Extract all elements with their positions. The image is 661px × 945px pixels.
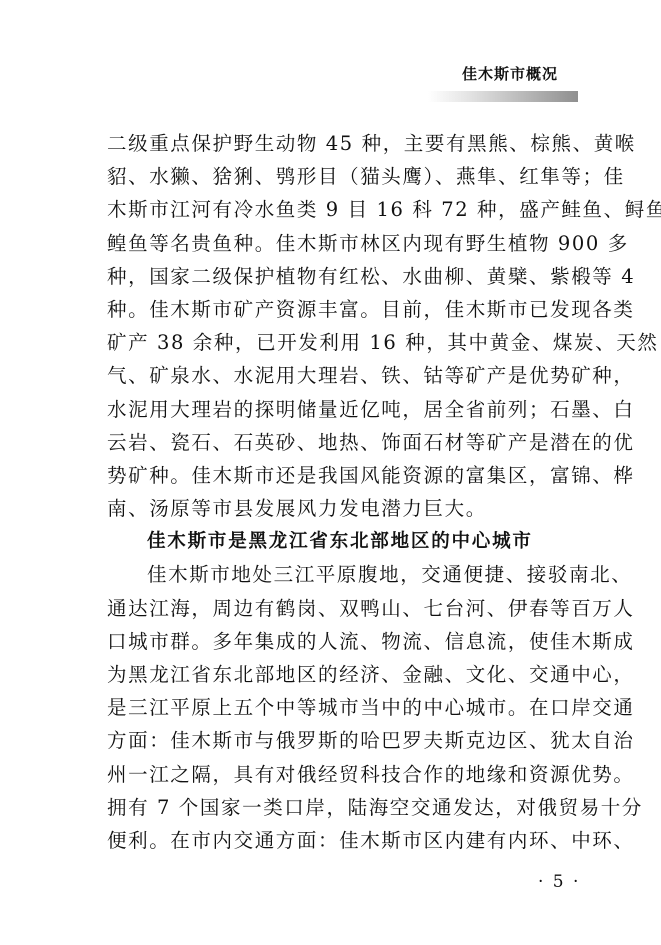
text-line: 水泥用大理岩的探明储量近亿吨，居全省前列；石墨、白	[107, 393, 587, 426]
text-line: 通达江海，周边有鹤岗、双鸭山、七台河、伊春等百万人	[107, 592, 587, 625]
text-line: 为黑龙江省东北部地区的经济、金融、文化、交通中心，	[107, 658, 587, 691]
text-line: 鳇鱼等名贵鱼种。佳木斯市林区内现有野生植物 900 多	[107, 227, 587, 260]
text-line: 拥有 7 个国家一类口岸，陆海空交通发达，对俄贸易十分	[107, 791, 587, 824]
text-line: 云岩、瓷石、石英砂、地热、饰面石材等矿产是潜在的优	[107, 426, 587, 459]
text-line: 木斯市江河有冷水鱼类 9 目 16 科 72 种，盛产鲑鱼、鲟鱼、	[107, 193, 587, 226]
page-number: · 5 ·	[538, 872, 580, 892]
text-line: 州一江之隔，具有对俄经贸科技合作的地缘和资源优势。	[107, 758, 587, 791]
text-line: 种，国家二级保护植物有红松、水曲柳、黄檗、紫椴等 4	[107, 260, 587, 293]
text-line: 矿产 38 余种，已开发利用 16 种，其中黄金、煤炭、天然	[107, 326, 587, 359]
text-line: 南、汤原等市县发展风力发电潜力巨大。	[107, 492, 587, 525]
text-line: 方面：佳木斯市与俄罗斯的哈巴罗夫斯克边区、犹太自治	[107, 724, 587, 757]
text-line: 气、矿泉水、水泥用大理岩、铁、钴等矿产是优势矿种，	[107, 359, 587, 392]
text-line: 口城市群。多年集成的人流、物流、信息流，使佳木斯成	[107, 625, 587, 658]
text-line: 二级重点保护野生动物 45 种，主要有黑熊、棕熊、黄喉	[107, 127, 587, 160]
text-line: 佳木斯市地处三江平原腹地，交通便捷、接驳南北、	[107, 558, 587, 591]
text-line: 是三江平原上五个中等城市当中的中心城市。在口岸交通	[107, 691, 587, 724]
page-body: 二级重点保护野生动物 45 种，主要有黑熊、棕熊、黄喉 貂、水獭、猞猁、鸮形目（…	[107, 127, 587, 857]
header-gradient-bar	[428, 91, 578, 102]
text-line: 便利。在市内交通方面：佳木斯市区内建有内环、中环、	[107, 824, 587, 857]
text-line: 貂、水獭、猞猁、鸮形目（猫头鹰）、燕隼、红隼等；佳	[107, 160, 587, 193]
text-line: 势矿种。佳木斯市还是我国风能资源的富集区，富锦、桦	[107, 459, 587, 492]
text-line: 种。佳木斯市矿产资源丰富。目前，佳木斯市已发现各类	[107, 293, 587, 326]
running-header-title: 佳木斯市概况	[462, 63, 558, 84]
section-heading: 佳木斯市是黑龙江省东北部地区的中心城市	[107, 525, 587, 558]
